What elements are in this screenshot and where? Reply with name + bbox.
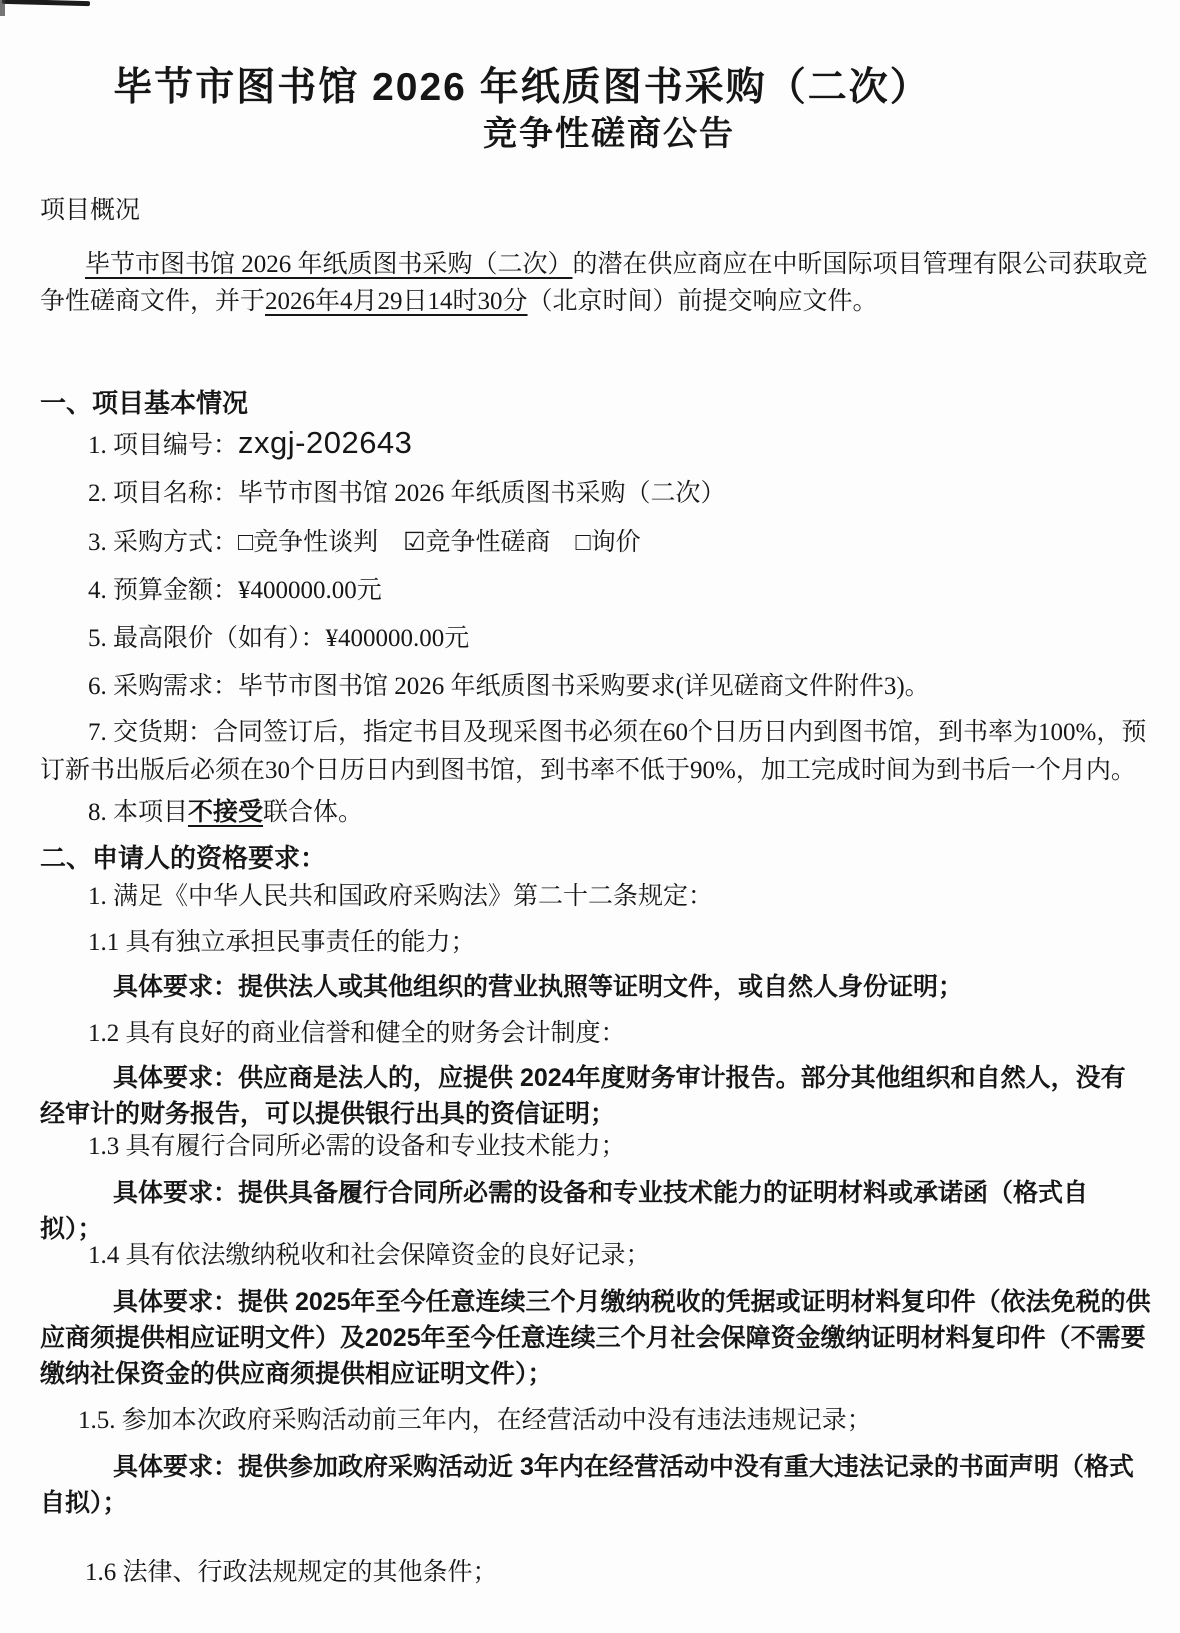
qualification-law-item: 1. 满足《中华人民共和国政府采购法》第二十二条规定： xyxy=(88,880,713,914)
qualification-1-3: 1.3 具有履行合同所必需的设备和专业技术能力； xyxy=(88,1130,626,1164)
item-budget-amount: 4. 预算金额：¥400000.00元 xyxy=(88,574,382,608)
requirement-1-1: 具体要求：提供法人或其他组织的营业执照等证明文件，或自然人身份证明； xyxy=(40,969,1150,1005)
project-name-underlined: 毕节市图书馆 2026 年纸质图书采购（二次） xyxy=(85,251,573,278)
item-consortium: 8. 本项目不接受联合体。 xyxy=(88,795,363,830)
qualification-1-6: 1.6 法律、行政法规规定的其他条件； xyxy=(85,1556,498,1590)
scan-artifact-line xyxy=(2,0,90,6)
item-max-price: 5. 最高限价（如有）：¥400000.00元 xyxy=(88,622,469,656)
document-title-line2: 竞争性磋商公告 xyxy=(19,106,1180,155)
requirement-1-2: 具体要求：供应商是法人的，应提供 2024年度财务审计报告。部分其他组织和自然人… xyxy=(40,1060,1150,1132)
section2-heading: 二、申请人的资格要求： xyxy=(40,838,326,875)
consortium-not-accepted-emphasis: 不接受 xyxy=(188,798,263,826)
document-title-line1: 毕节市图书馆 2026 年纸质图书采购（二次） xyxy=(0,56,1112,112)
qualification-1-4: 1.4 具有依法缴纳税收和社会保障资金的良好记录； xyxy=(88,1239,651,1273)
requirement-1-4: 具体要求：提供 2025年至今任意连续三个月缴纳税收的凭据或证明材料复印件（依法… xyxy=(40,1284,1152,1392)
item-procurement-requirement: 6. 采购需求：毕节市图书馆 2026 年纸质图书采购要求(详见磋商文件附件3)… xyxy=(88,670,930,704)
document-page: 毕节市图书馆 2026 年纸质图书采购（二次） 竞争性磋商公告 项目概况 毕节市… xyxy=(0,0,1180,1633)
intro-text-2: （北京时间）前提交响应文件。 xyxy=(528,288,878,315)
qualification-1-5: 1.5. 参加本次政府采购活动前三年内，在经营活动中没有违法违规记录； xyxy=(78,1404,872,1438)
item-project-name: 2. 项目名称：毕节市图书馆 2026 年纸质图书采购（二次） xyxy=(88,477,726,511)
overview-paragraph: 毕节市图书馆 2026 年纸质图书采购（二次）的潜在供应商应在中昕国际项目管理有… xyxy=(40,246,1148,320)
item-project-number: 1. 项目编号：zxgj-202643 xyxy=(88,426,412,463)
consortium-text-post: 联合体。 xyxy=(263,799,363,826)
section1-heading: 一、项目基本情况 xyxy=(40,383,248,420)
project-number-value: zxgj-202643 xyxy=(238,425,412,460)
overview-heading: 项目概况 xyxy=(40,194,140,228)
project-number-label: 1. 项目编号： xyxy=(88,432,238,459)
requirement-1-3: 具体要求：提供具备履行合同所必需的设备和专业技术能力的证明材料或承诺函（格式自拟… xyxy=(40,1175,1145,1247)
item-procurement-method: 3. 采购方式：□竞争性谈判 ☑竞争性磋商 □询价 xyxy=(88,526,641,560)
qualification-1-1: 1.1 具有独立承担民事责任的能力； xyxy=(88,926,476,960)
qualification-1-2: 1.2 具有良好的商业信誉和健全的财务会计制度： xyxy=(88,1017,626,1051)
consortium-text-pre: 8. 本项目 xyxy=(88,799,188,826)
item-delivery-period: 7. 交货期：合同签订后，指定书目及现采图书必须在60个日历日内到图书馆，到书率… xyxy=(40,714,1152,790)
deadline-underlined: 2026年4月29日14时30分 xyxy=(265,288,528,315)
requirement-1-5: 具体要求：提供参加政府采购活动近 3年内在经营活动中没有重大违法记录的书面声明（… xyxy=(40,1449,1145,1521)
scan-artifact-edge xyxy=(0,0,5,16)
